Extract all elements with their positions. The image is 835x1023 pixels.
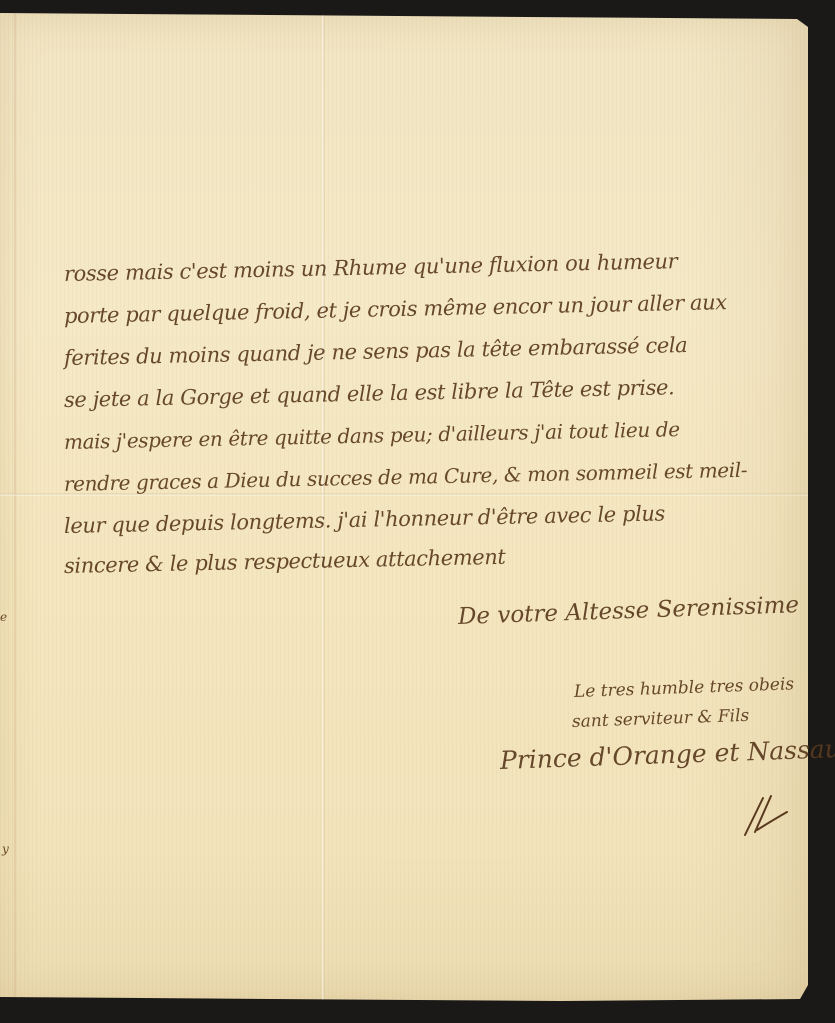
paper-edge-stain (688, 13, 808, 1001)
paper-fold-vertical (322, 13, 325, 1001)
margin-mark: e (0, 610, 7, 624)
scanned-letter: e y rosse mais c'est moins un Rhume qu'u… (0, 0, 835, 1023)
margin-mark: y (2, 842, 9, 856)
paper-fold-left (14, 13, 16, 1001)
signature-flourish-icon (735, 790, 795, 840)
